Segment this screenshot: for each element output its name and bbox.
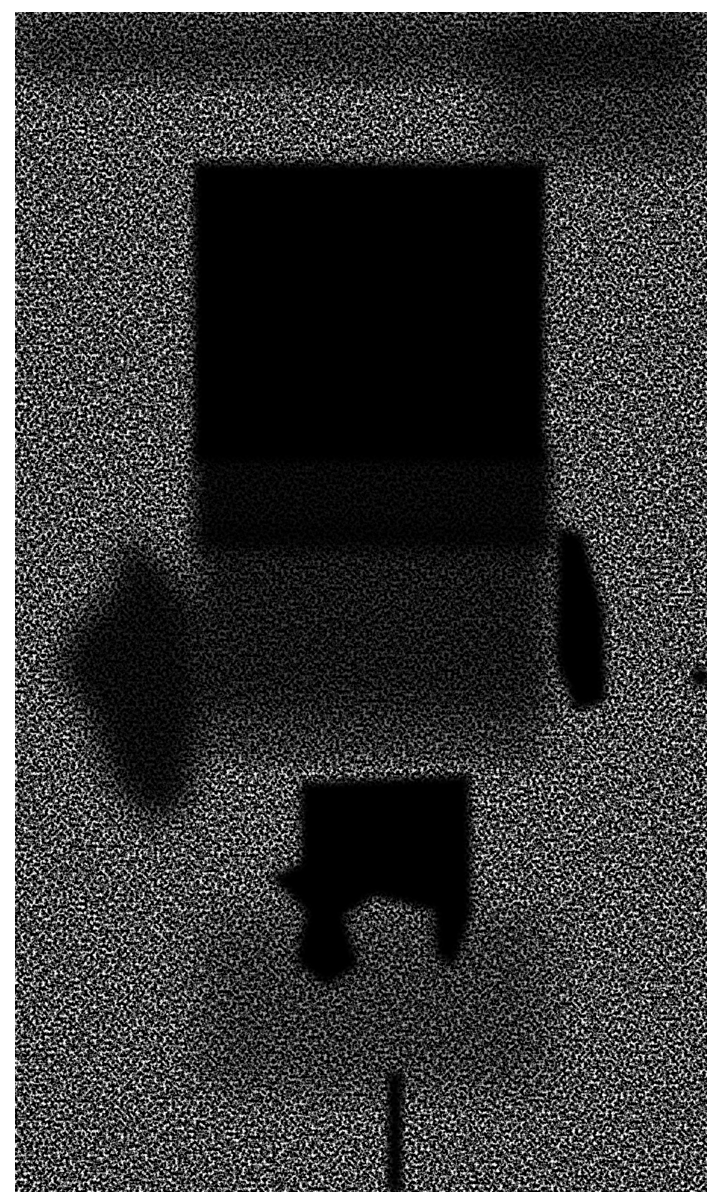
speckle-image-canvas [15,12,707,1192]
speckle-image [15,12,707,1192]
